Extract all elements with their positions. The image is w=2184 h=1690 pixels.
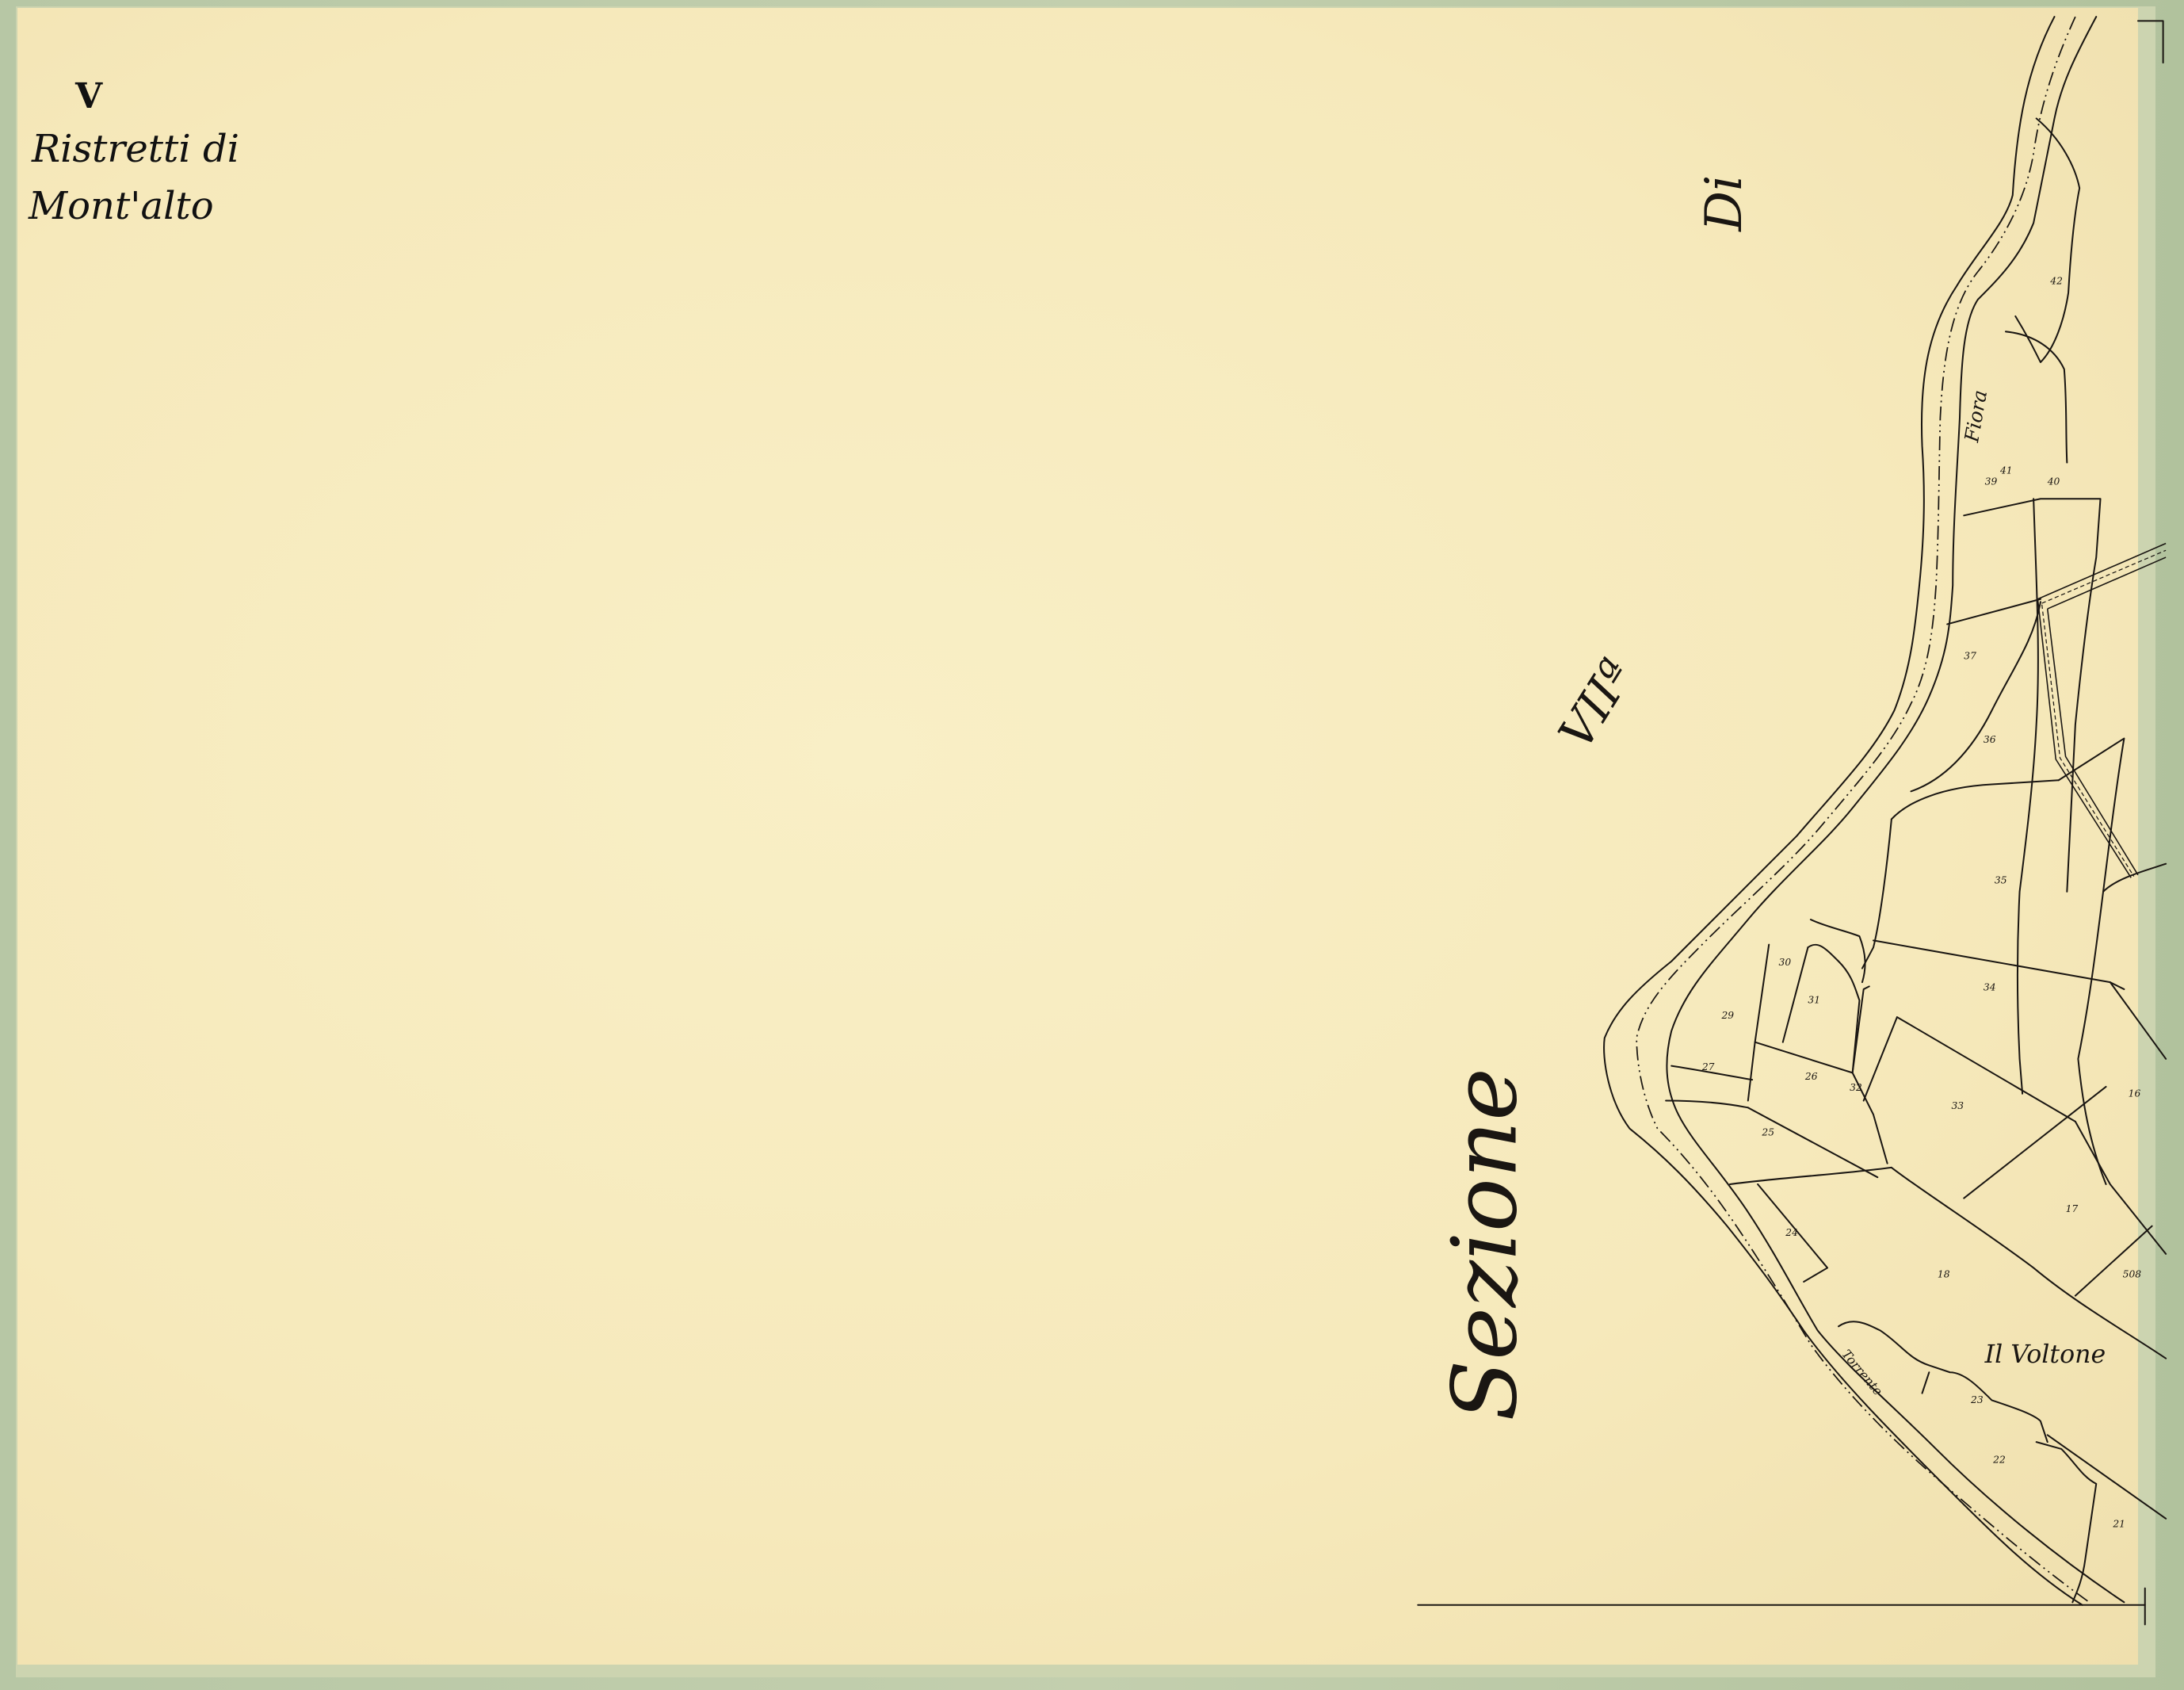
top-right-tick [2138, 21, 2163, 63]
cadastral-map: 42 41 40 39 37 36 35 34 33 32 31 30 29 2… [0, 0, 2184, 1690]
parcel-41-label: 41 [1999, 465, 2013, 476]
parcel-31-label: 31 [1808, 994, 1820, 1005]
parcel-34-label: 34 [1984, 982, 1996, 993]
parcel-29-label: 29 [1720, 1010, 1734, 1021]
parcel-25-label: 25 [1761, 1126, 1774, 1137]
parcel-16-label: 16 [2129, 1088, 2141, 1099]
locality-il-voltone: Il Voltone [1984, 1340, 2106, 1369]
river-name-fiora: Fiora [1960, 388, 1991, 445]
parcel-boundaries [1666, 118, 2166, 1602]
parcel-30-label: 30 [1779, 957, 1792, 968]
parcel-508-label: 508 [2123, 1269, 2142, 1280]
parcel-26-label: 26 [1804, 1071, 1818, 1082]
parcel-40-label: 40 [2047, 476, 2060, 487]
parcel-36-label: 36 [1984, 734, 1996, 745]
section-label-sezione: Sezione [1433, 1068, 1537, 1421]
parcel-32-label: 32 [1850, 1082, 1862, 1093]
parcel-35-label: 35 [1995, 874, 2007, 885]
parcel-24-label: 24 [1785, 1227, 1798, 1238]
parcel-22-label: 22 [1992, 1455, 2006, 1466]
parcel-18-label: 18 [1938, 1269, 1950, 1280]
section-label-di: Di [1694, 175, 1753, 232]
river-name-torrente: Torrente [1839, 1347, 1886, 1398]
parcel-17-label: 17 [2066, 1203, 2079, 1214]
parcel-37-label: 37 [1964, 650, 1976, 661]
parcel-23-label: 23 [1970, 1394, 1984, 1405]
parcel-42-label: 42 [2049, 276, 2063, 287]
road [2037, 543, 2166, 877]
parcel-33-label: 33 [1951, 1100, 1964, 1111]
parcel-21-label: 21 [2112, 1518, 2125, 1529]
parcel-27-label: 27 [1701, 1061, 1715, 1072]
parcel-39-label: 39 [1985, 476, 1998, 487]
section-label-number: VIIª [1548, 650, 1644, 759]
